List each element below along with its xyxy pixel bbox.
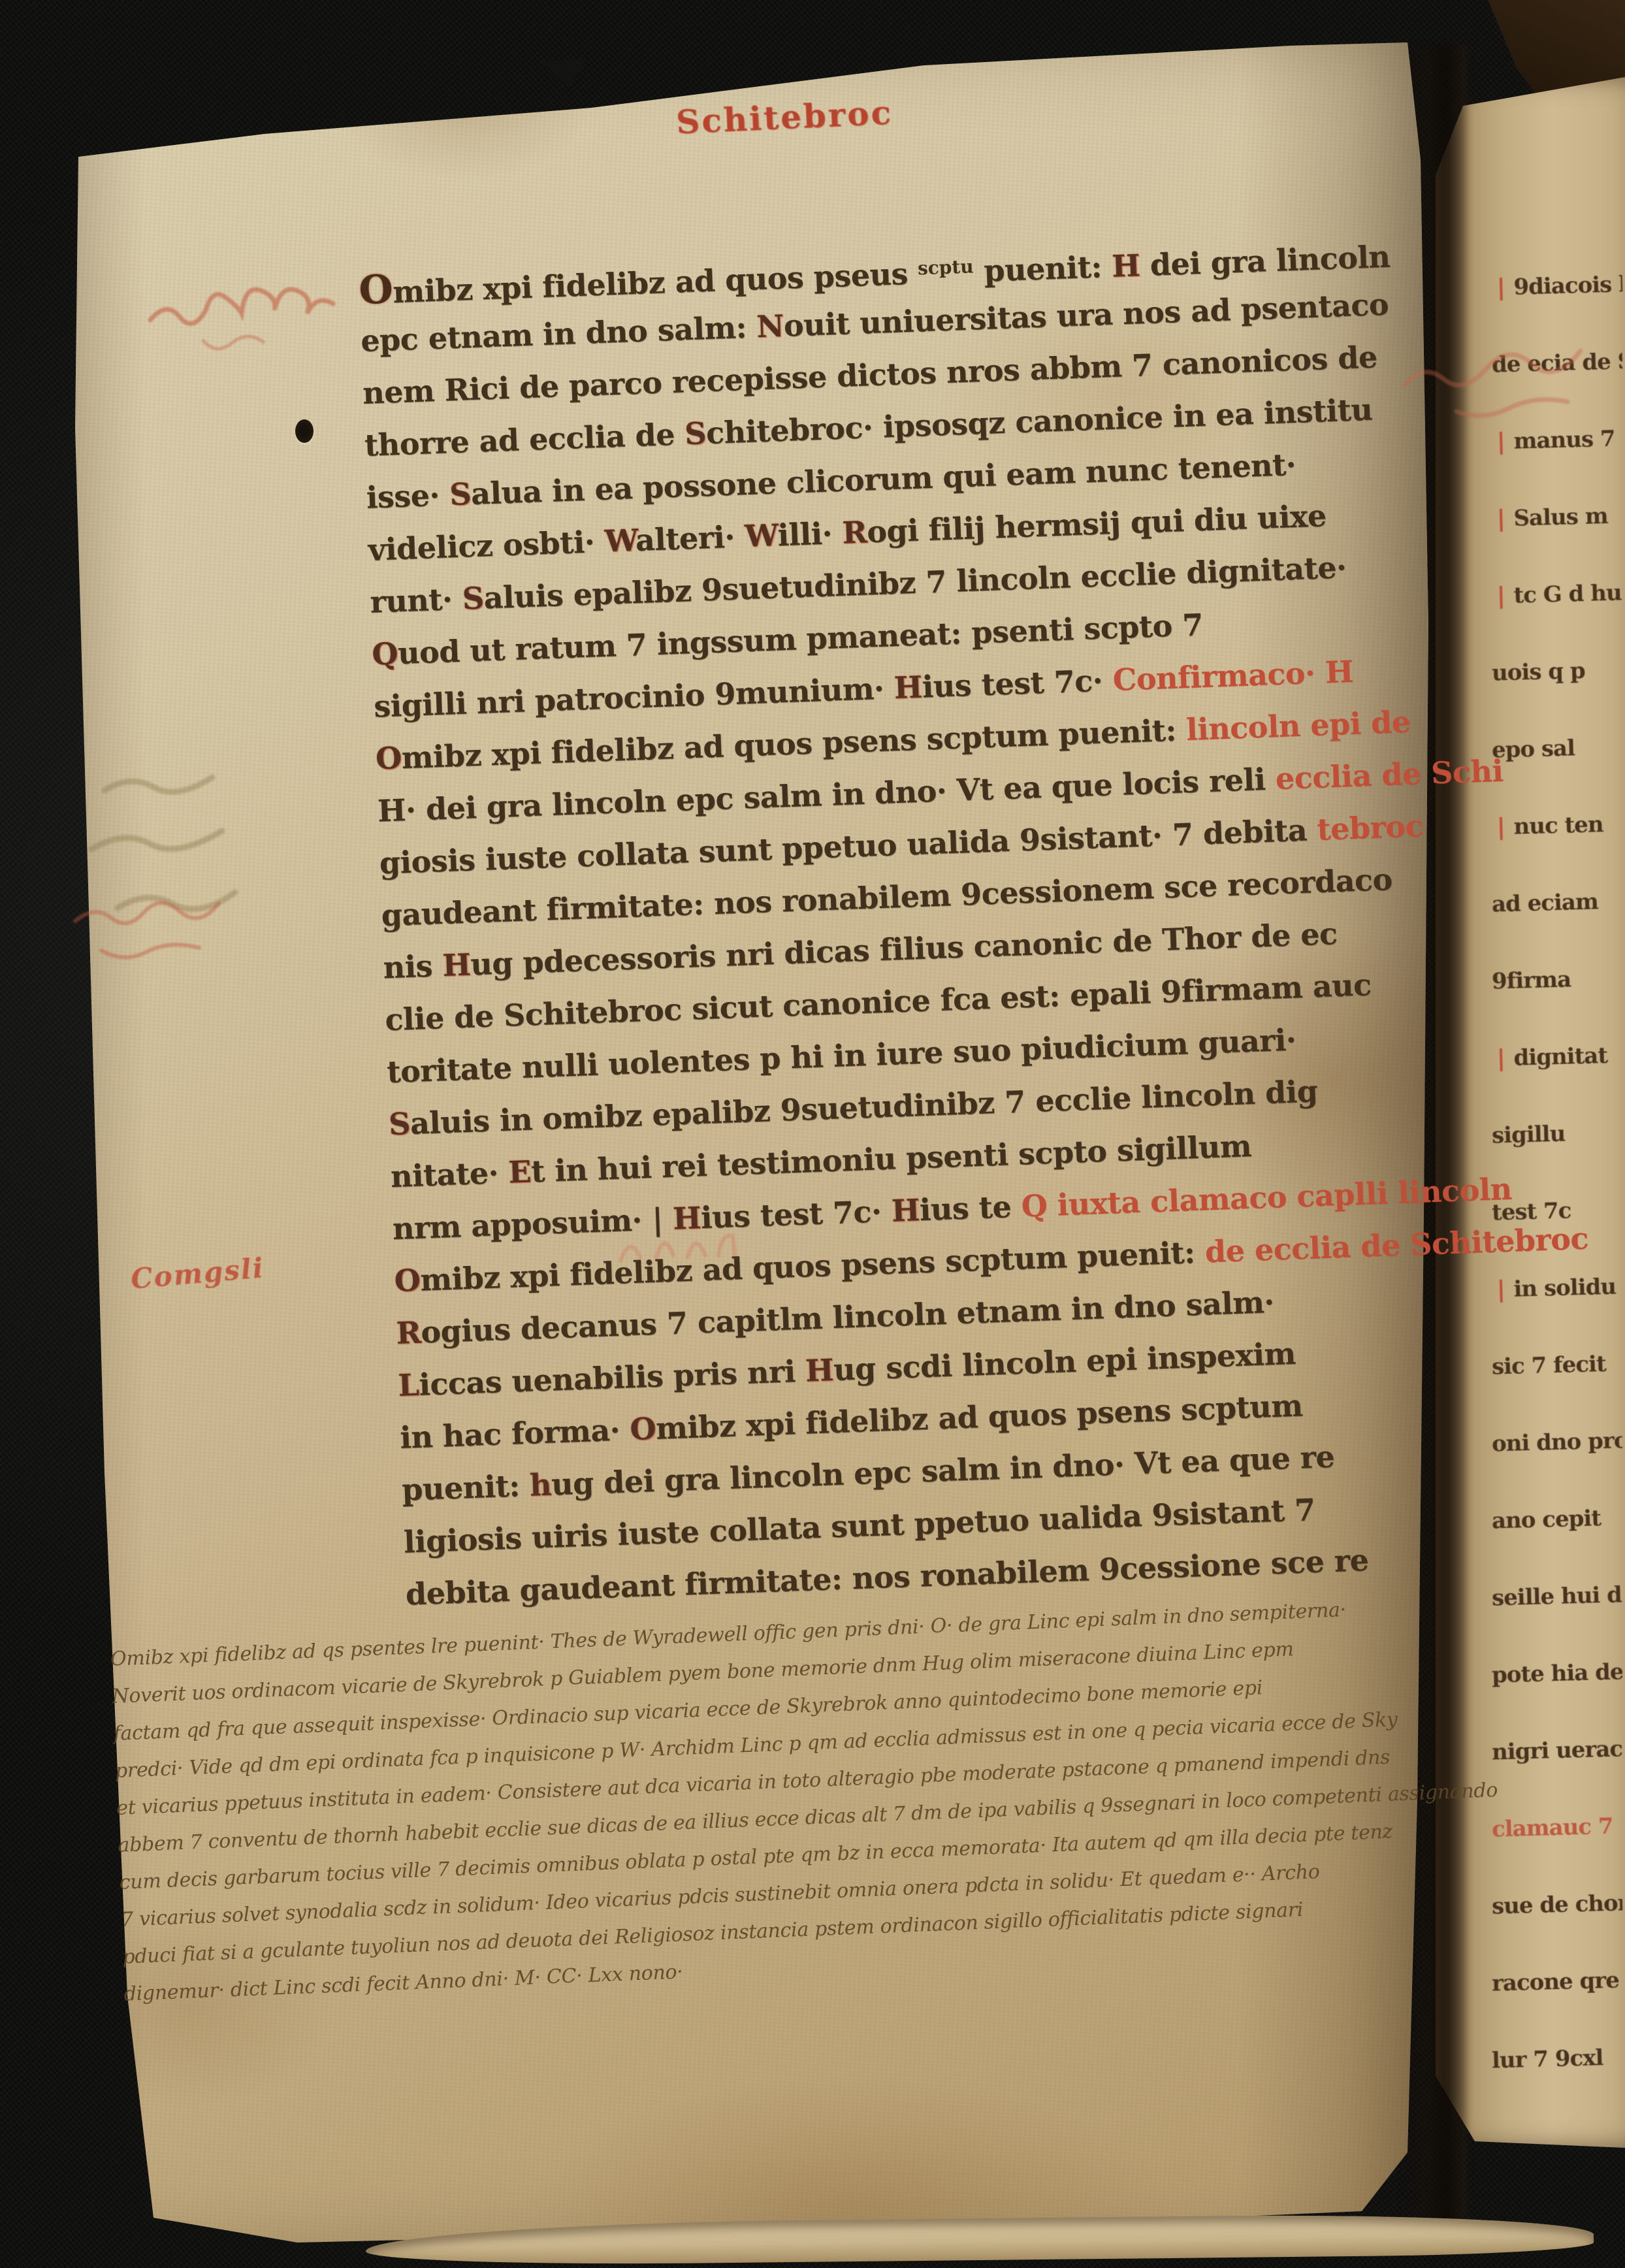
facing-page-fragment: seille hui d: [1492, 1581, 1623, 1611]
cursive-addendum-block: Omibz xpi fidelibz ad qs psentes lre pue…: [110, 1589, 1430, 2013]
facing-page-fragment: oni dno pro: [1492, 1427, 1623, 1457]
charter-text: in hac forma·: [399, 1412, 630, 1455]
facing-page-fragment: lur 7 9cxl: [1492, 2044, 1623, 2073]
charter-text: ius test 7c·: [922, 662, 1114, 704]
parchment-hole: [295, 419, 314, 443]
facing-page-fragment: manus 7: [1492, 425, 1623, 455]
charter-text: H: [1111, 248, 1140, 284]
charter-text: O: [394, 1263, 421, 1299]
charter-text: H: [805, 1352, 834, 1389]
facing-page-fragment: Salus m: [1492, 502, 1623, 532]
manuscript-photo: 9diacois hde ecia de Smanus 7Salus mtc G…: [0, 0, 1625, 2268]
charter-text: isse·: [366, 477, 450, 515]
charter-text: S: [462, 580, 485, 616]
charter-text: O: [358, 267, 393, 314]
charter-text: S: [388, 1106, 411, 1142]
charter-text: thorre ad ecclia de: [364, 416, 685, 463]
facing-page-fragment: sic 7 fecit: [1492, 1350, 1623, 1380]
charter-text: H: [442, 947, 471, 984]
charter-text: O: [630, 1411, 656, 1447]
charter-text: puenit:: [973, 249, 1112, 289]
facing-page-fragment: clamauc 7: [1492, 1813, 1623, 1842]
facing-page-fragment: tc G d hui: [1492, 579, 1623, 609]
charter-text: ogi filij hermsij qui diu uixe: [866, 498, 1327, 549]
charter-text: epc etnam in dno salm:: [360, 309, 757, 359]
rubric-text: tebroc: [1316, 808, 1423, 847]
charter-text: h: [529, 1467, 552, 1503]
charter-text: E: [508, 1154, 532, 1190]
rubric-text: Confirmaco· H: [1112, 654, 1354, 698]
charter-text: nrm apposuim· |: [392, 1201, 673, 1246]
charter-text: S: [449, 476, 472, 512]
charter-text: scptu: [917, 255, 974, 279]
charter-text: dei gra lincoln: [1139, 238, 1391, 283]
charter-text: H: [893, 670, 923, 706]
charter-text: puenit:: [401, 1468, 530, 1508]
parchment-tear: [541, 59, 588, 89]
charter-text: Q: [371, 636, 398, 672]
facing-page-fragment: racone qre 9: [1492, 1967, 1623, 1996]
rubric-text: lincoln epi de: [1185, 704, 1411, 747]
charter-text: ius te: [919, 1189, 1022, 1228]
charter-text: videlicz osbti·: [368, 524, 605, 568]
charter-text: alteri·: [635, 519, 745, 558]
charter-text: sigilli nri patrocinio 9munium·: [373, 670, 894, 724]
charter-text: R: [842, 514, 868, 550]
charter-text: L: [398, 1367, 420, 1403]
charter-text: illi·: [777, 515, 843, 553]
charter-text: H: [891, 1192, 920, 1229]
charter-text: N: [756, 308, 784, 344]
charter-text: ius test 7c·: [700, 1193, 892, 1235]
charter-text: R: [396, 1315, 422, 1351]
facing-page-fragment: 9firma: [1492, 965, 1623, 994]
facing-page-fragment: sigillu: [1492, 1119, 1623, 1148]
charter-text: runt·: [370, 581, 463, 620]
facing-page-fragment: pote hia de: [1492, 1659, 1623, 1688]
facing-page-fragment: 9diacois h: [1492, 271, 1623, 300]
facing-page-fragment: in solidu: [1492, 1273, 1623, 1303]
facing-page-fragment: de ecia de S: [1492, 348, 1623, 378]
charter-text: S: [684, 415, 707, 451]
charter-text: W: [604, 523, 636, 559]
facing-page-fragment: sue de chor: [1492, 1890, 1623, 1919]
facing-page-fragment: ad eciam: [1492, 888, 1623, 917]
facing-page-fragment: uois q p: [1492, 656, 1623, 686]
charter-text: nis: [383, 948, 443, 985]
facing-page-fragment: nigri ueraci: [1492, 1736, 1623, 1765]
facing-page-fragment: epo sal: [1492, 734, 1623, 763]
charter-text: W: [744, 517, 778, 554]
facing-page-fragment: ano cepit: [1492, 1504, 1623, 1534]
charter-text: O: [375, 740, 402, 776]
charter-text: ug scdi lincoln epi inspexim: [833, 1336, 1296, 1387]
facing-page-fragment: dignitat: [1492, 1042, 1623, 1071]
main-text-block: Omibz xpi fidelibz ad quos pseus scptu p…: [358, 226, 1424, 1620]
charter-text: nitate·: [390, 1155, 509, 1194]
charter-text: iccas uenabilis pris nri: [418, 1353, 806, 1402]
facing-page-fragment: nuc ten: [1492, 811, 1623, 840]
charter-text: H: [672, 1200, 701, 1237]
